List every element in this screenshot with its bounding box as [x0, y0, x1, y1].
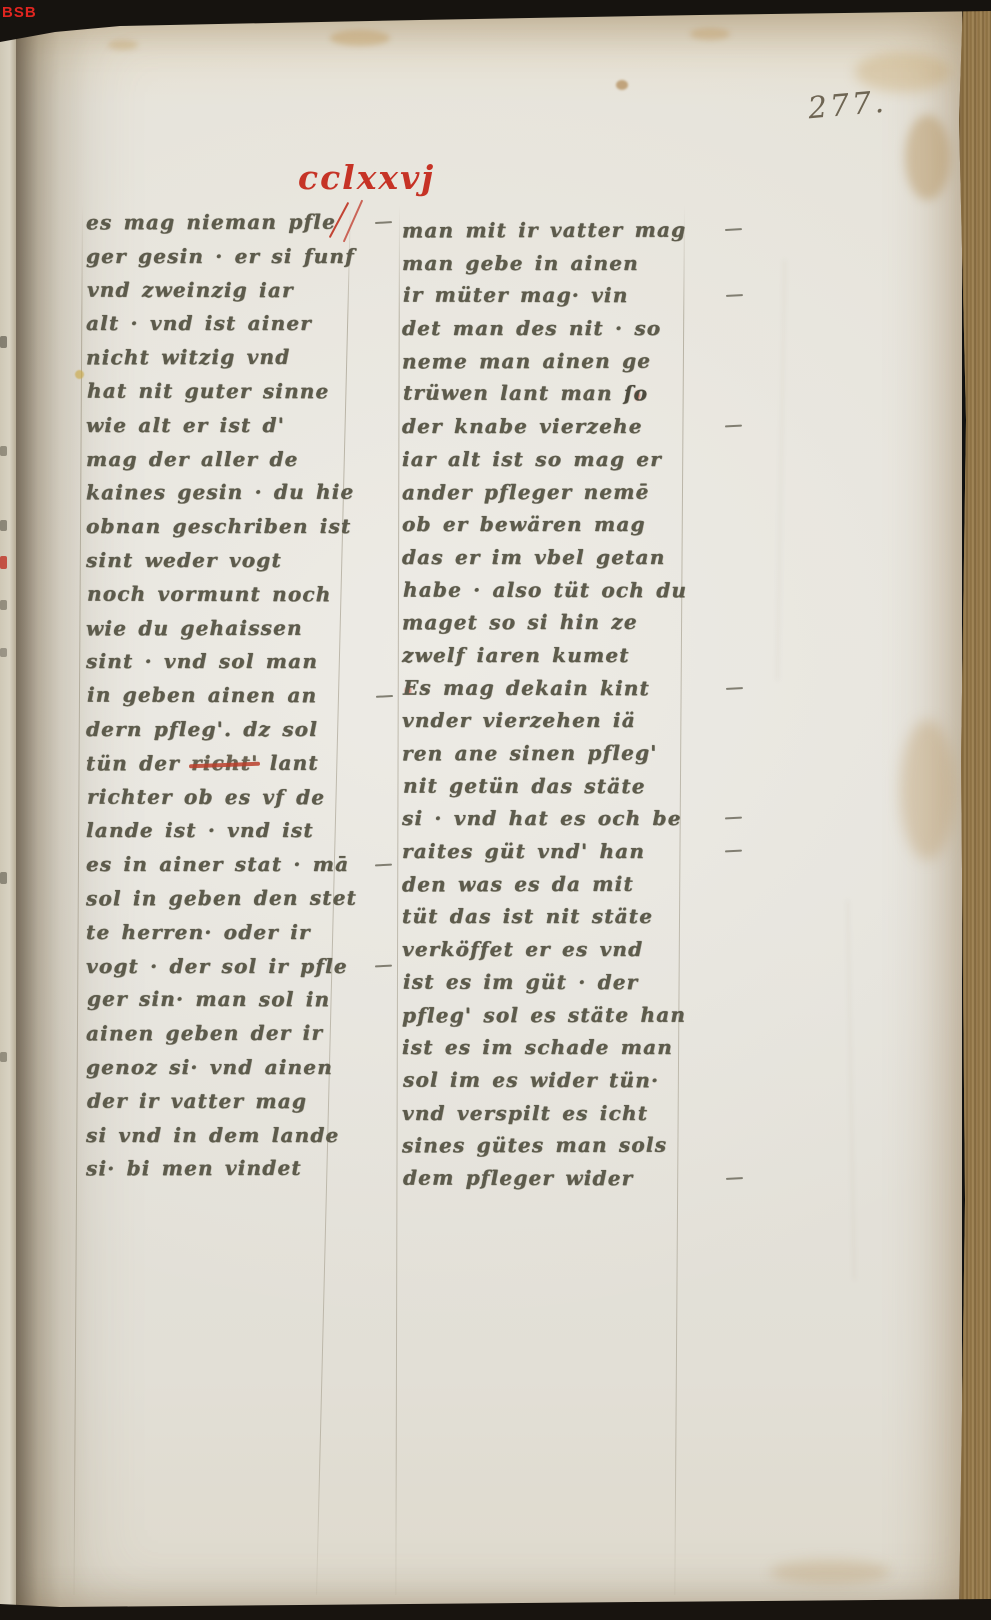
- manuscript-line-text: nicht witzig vnd: [86, 345, 290, 370]
- manuscript-line: mag der aller de: [86, 443, 370, 477]
- manuscript-line-text: vogt · der sol ir pfle: [86, 954, 348, 978]
- manuscript-line-text: in geben ainen an: [87, 683, 317, 708]
- manuscript-line: ger sin· man sol in: [87, 983, 371, 1018]
- manuscript-line: es mag nieman pfle: [86, 206, 370, 241]
- manuscript-line: vnd verspilt es icht: [402, 1097, 720, 1130]
- manuscript-line-text: der ir vatter mag: [87, 1088, 307, 1113]
- manuscript-line-text: ainen geben der ir: [86, 1021, 323, 1046]
- manuscript-line: der ir vatter mag: [87, 1084, 371, 1119]
- manuscript-line: ren ane sinen pfleg': [402, 737, 720, 771]
- manuscript-line-text: wie alt er ist d': [86, 413, 285, 437]
- manuscript-line: genoz si· vnd ainen: [86, 1051, 370, 1085]
- manuscript-line: der knabe vierzehe: [402, 410, 720, 443]
- manuscript-line-text: ob er bewären mag: [402, 512, 646, 536]
- manuscript-line: trüwen lant man ſo: [403, 377, 721, 411]
- manuscript-line: Es mag dekain kint: [403, 671, 721, 705]
- manuscript-line: si· bi men vindet: [86, 1152, 370, 1187]
- manuscript-line-text: te herren· oder ir: [86, 920, 311, 944]
- facing-page-text-fragment: [0, 520, 7, 531]
- manuscript-line-text: ger sin· man sol in: [87, 987, 330, 1012]
- manuscript-line-text: ger gesin · er si funf: [86, 244, 355, 268]
- facing-page-text-fragment: [0, 1052, 7, 1062]
- manuscript-line: man mit ir vatter mag: [402, 214, 720, 248]
- manuscript-line-text: genoz si· vnd ainen: [86, 1055, 333, 1079]
- manuscript-line-text: nit getün das stäte: [403, 773, 646, 798]
- manuscript-line: ir müter mag· vin: [403, 279, 721, 313]
- manuscript-scan: cclxxvj 277. es mag nieman pfleger gesin…: [0, 0, 991, 1620]
- manuscript-line-text: ren ane sinen pfleg': [402, 741, 658, 766]
- manuscript-line: wie du gehaissen: [86, 611, 370, 646]
- chapter-heading-rubric: cclxxvj: [298, 158, 435, 197]
- bsb-watermark: BSB: [2, 4, 37, 21]
- manuscript-line-text: raites güt vnd' han: [402, 839, 645, 863]
- manuscript-line: tüt das ist nit stäte: [402, 900, 720, 933]
- manuscript-line: ist es im güt · der: [403, 965, 721, 999]
- manuscript-line: nit getün das stäte: [403, 769, 721, 803]
- manuscript-line: sol im es wider tün·: [403, 1063, 721, 1097]
- manuscript-line-text: sines gütes man sols: [402, 1133, 667, 1158]
- manuscript-line: ist es im schade man: [402, 1031, 720, 1064]
- manuscript-line-text: lande ist · vnd ist: [86, 818, 314, 842]
- manuscript-line: sint weder vogt: [86, 544, 370, 578]
- manuscript-line-text: trüwen lant man: [403, 381, 624, 406]
- text-column-right: man mit ir vatter magman gebe in ainenir…: [402, 214, 720, 1195]
- manuscript-line-text: ist es im güt · der: [403, 969, 638, 994]
- manuscript-line-text: hat nit guter sinne: [87, 379, 330, 404]
- manuscript-line-text: ir müter mag· vin: [403, 283, 629, 308]
- manuscript-line: te herren· oder ir: [86, 916, 370, 950]
- manuscript-line: es in ainer stat · mā: [86, 848, 370, 882]
- manuscript-line: ander pfleger nemē: [402, 475, 720, 509]
- manuscript-line-text: sol im es wider tün·: [403, 1067, 659, 1092]
- manuscript-line: sines gütes man sols: [402, 1129, 720, 1163]
- text-column-left: es mag nieman pfleger gesin · er si funf…: [86, 206, 370, 1186]
- manuscript-line-text: lant: [258, 751, 318, 775]
- manuscript-line: noch vormunt noch: [87, 577, 371, 612]
- manuscript-line: vnder vierzehen iä: [402, 704, 720, 737]
- manuscript-line-text: sint weder vogt: [86, 548, 282, 572]
- manuscript-line: man gebe in ainen: [402, 247, 720, 280]
- manuscript-line: vogt · der sol ir pfle: [86, 950, 370, 984]
- manuscript-line: neme man ainen ge: [402, 344, 720, 378]
- facing-page-text-fragment: [0, 872, 7, 884]
- manuscript-line: wie alt er ist d': [86, 409, 370, 443]
- gutter-shadow: [16, 0, 90, 1620]
- manuscript-line: raites güt vnd' han: [402, 835, 720, 868]
- manuscript-line: richter ob es vf de: [87, 780, 371, 815]
- manuscript-line-text: vnder vierzehen iä: [402, 708, 636, 732]
- manuscript-line-text: kaines gesin · du hie: [86, 480, 355, 505]
- facing-page-text-fragment: [0, 600, 7, 610]
- manuscript-line-red-touch: Es: [403, 675, 432, 699]
- manuscript-line: sint · vnd sol man: [86, 645, 370, 679]
- manuscript-line-text: vnd verspilt es icht: [402, 1101, 648, 1125]
- manuscript-line: habe · also tüt och du: [403, 573, 721, 607]
- manuscript-line: obnan geschriben ist: [86, 510, 370, 544]
- manuscript-line: dem pfleger wider: [403, 1162, 721, 1196]
- manuscript-line: zwelf iaren kumet: [402, 639, 720, 672]
- manuscript-line: ob er bewären mag: [402, 508, 720, 541]
- manuscript-line: si · vnd hat es och be: [402, 802, 720, 835]
- manuscript-line-text: man mit ir vatter mag: [402, 218, 686, 243]
- manuscript-line: ger gesin · er si funf: [86, 240, 370, 274]
- manuscript-line-text: neme man ainen ge: [402, 349, 651, 374]
- manuscript-line-text: tüt das ist nit stäte: [402, 904, 653, 928]
- manuscript-line-text: ander pfleger nemē: [402, 479, 650, 504]
- manuscript-line-text: mag dekain kint: [432, 675, 650, 700]
- manuscript-line-red-mark: ſo: [624, 382, 648, 406]
- manuscript-line: alt · vnd ist ainer: [86, 307, 370, 341]
- manuscript-line-text: sol in geben den stet: [86, 886, 357, 911]
- manuscript-line: maget so si hin ze: [402, 606, 720, 640]
- facing-page-text-fragment: [0, 336, 7, 348]
- folio-page-number: 277.: [807, 85, 889, 127]
- manuscript-line-text: dern pfleg'. dz sol: [86, 717, 318, 741]
- manuscript-line-text: sint · vnd sol man: [86, 649, 318, 673]
- manuscript-line: hat nit guter sinne: [87, 375, 371, 410]
- facing-page-text-fragment: [0, 556, 7, 569]
- manuscript-line-text: tün der: [86, 751, 191, 775]
- manuscript-line-text: iar alt ist so mag er: [402, 447, 662, 471]
- manuscript-line: vnd zweinzig iar: [87, 273, 371, 308]
- manuscript-line-text: das er im vbel getan: [402, 545, 665, 569]
- manuscript-line-text: wie du gehaissen: [86, 615, 303, 640]
- manuscript-line-text: pfleg' sol es stäte han: [402, 1002, 686, 1027]
- manuscript-line-text: alt · vnd ist ainer: [86, 311, 312, 335]
- manuscript-line-text: vnd zweinzig iar: [87, 277, 294, 302]
- manuscript-line: lande ist · vnd ist: [86, 814, 370, 848]
- manuscript-line-text: zwelf iaren kumet: [402, 643, 630, 667]
- manuscript-line-text: ist es im schade man: [402, 1035, 673, 1059]
- manuscript-line-text: si vnd in dem lande: [86, 1123, 339, 1147]
- manuscript-line-text: es in ainer stat · mā: [86, 852, 349, 876]
- manuscript-line-text: richter ob es vf de: [87, 784, 325, 809]
- manuscript-line-text: der knabe vierzehe: [402, 414, 643, 438]
- manuscript-line-text: dem pfleger wider: [403, 1166, 633, 1191]
- facing-page-edge: [0, 0, 16, 1620]
- manuscript-line: kaines gesin · du hie: [86, 476, 370, 511]
- manuscript-line-text: verköffet er es vnd: [402, 937, 643, 961]
- manuscript-line: nicht witzig vnd: [86, 341, 370, 376]
- manuscript-line: verköffet er es vnd: [402, 933, 720, 966]
- manuscript-line-text: obnan geschriben ist: [86, 514, 351, 538]
- manuscript-line: in geben ainen an: [87, 679, 371, 714]
- manuscript-line-text: si · vnd hat es och be: [402, 806, 682, 830]
- manuscript-line: iar alt ist so mag er: [402, 443, 720, 476]
- manuscript-line: tün der richt' lant: [86, 746, 370, 781]
- manuscript-line: dern pfleg'. dz sol: [86, 713, 370, 747]
- manuscript-line-text: maget so si hin ze: [402, 610, 638, 635]
- manuscript-line: das er im vbel getan: [402, 541, 720, 574]
- manuscript-line-text: det man des nit · so: [402, 316, 661, 340]
- facing-page-text-fragment: [0, 446, 7, 456]
- manuscript-line-text: den was es da mit: [402, 872, 634, 897]
- manuscript-line: sol in geben den stet: [86, 882, 370, 917]
- manuscript-line-text: noch vormunt noch: [87, 581, 332, 606]
- manuscript-line-text: si· bi men vindet: [86, 1156, 302, 1181]
- manuscript-line-strike-red: richt': [191, 751, 258, 775]
- manuscript-line-text: es mag nieman pfle: [86, 210, 336, 235]
- manuscript-line: det man des nit · so: [402, 312, 720, 345]
- manuscript-line-text: man gebe in ainen: [402, 251, 639, 275]
- manuscript-line: den was es da mit: [402, 867, 720, 901]
- manuscript-line: pfleg' sol es stäte han: [402, 998, 720, 1032]
- manuscript-line: ainen geben der ir: [86, 1017, 370, 1052]
- manuscript-line-text: mag der aller de: [86, 447, 299, 471]
- manuscript-line: si vnd in dem lande: [86, 1119, 370, 1153]
- manuscript-line-text: habe · also tüt och du: [403, 577, 687, 602]
- facing-page-text-fragment: [0, 648, 7, 657]
